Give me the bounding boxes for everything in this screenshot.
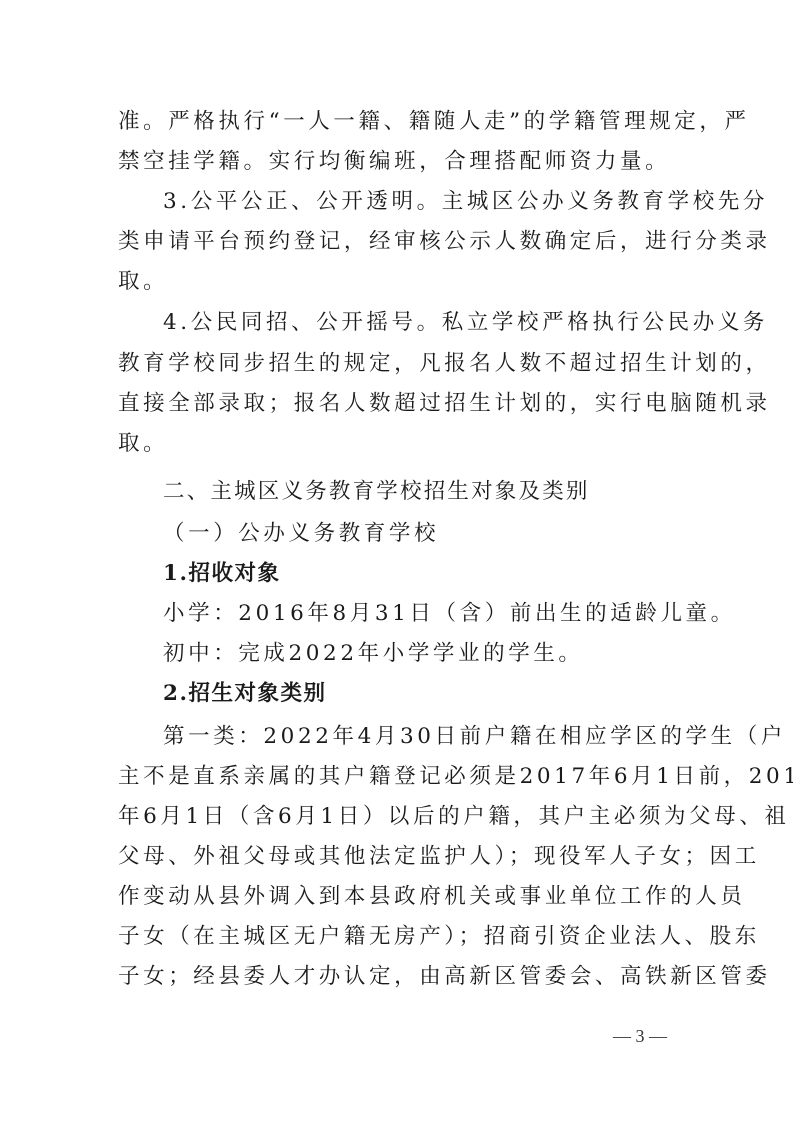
paragraph-line: 取。: [118, 424, 674, 464]
paragraph-line: 父母、外祖父母或其他法定监护人）；现役军人子女；因工: [118, 837, 674, 877]
paragraph-line: 类申请平台预约登记，经审核公示人数确定后，进行分类录: [118, 222, 674, 262]
paragraph-line: 作变动从县外调入到本县政府机关或事业单位工作的人员: [118, 877, 674, 917]
paragraph-line: 取。: [118, 262, 674, 302]
paragraph-line: 准。严格执行“一人一籍、籍随人走”的学籍管理规定，严: [118, 102, 674, 142]
document-page: 准。严格执行“一人一籍、籍随人走”的学籍管理规定，严 禁空挂学籍。实行均衡编班，…: [0, 0, 793, 1122]
subsection-heading: （一）公办义务教育学校: [163, 514, 674, 554]
page-number: — 3 —: [600, 1022, 680, 1050]
paragraph-line: 主不是直系亲属的其户籍登记必须是2017年6月1日前，2017: [118, 757, 674, 797]
paragraph-line: 3.公平公正、公开透明。主城区公办义务教育学校先分: [163, 182, 674, 222]
paragraph-line: 小学：2016年8月31日（含）前出生的适龄儿童。: [163, 594, 674, 634]
paragraph-line: 教育学校同步招生的规定，凡报名人数不超过招生计划的，: [118, 344, 674, 384]
item-heading: 2.招生对象类别: [163, 674, 674, 714]
paragraph-line: 第一类：2022年4月30日前户籍在相应学区的学生（户: [163, 717, 674, 757]
paragraph-line: 4.公民同招、公开摇号。私立学校严格执行公民办义务: [163, 303, 674, 343]
paragraph-line: 子女；经县委人才办认定，由高新区管委会、高铁新区管委: [118, 957, 674, 997]
paragraph-line: 禁空挂学籍。实行均衡编班，合理搭配师资力量。: [118, 142, 674, 182]
section-heading: 二、主城区义务教育学校招生对象及类别: [163, 472, 674, 512]
paragraph-line: 初中：完成2022年小学学业的学生。: [163, 634, 674, 674]
paragraph-line: 子女（在主城区无户籍无房产）；招商引资企业法人、股东: [118, 917, 674, 957]
paragraph-line: 直接全部录取；报名人数超过招生计划的，实行电脑随机录: [118, 384, 674, 424]
item-heading: 1.招收对象: [163, 554, 674, 594]
paragraph-line: 年6月1日（含6月1日）以后的户籍，其户主必须为父母、祖: [118, 797, 674, 837]
